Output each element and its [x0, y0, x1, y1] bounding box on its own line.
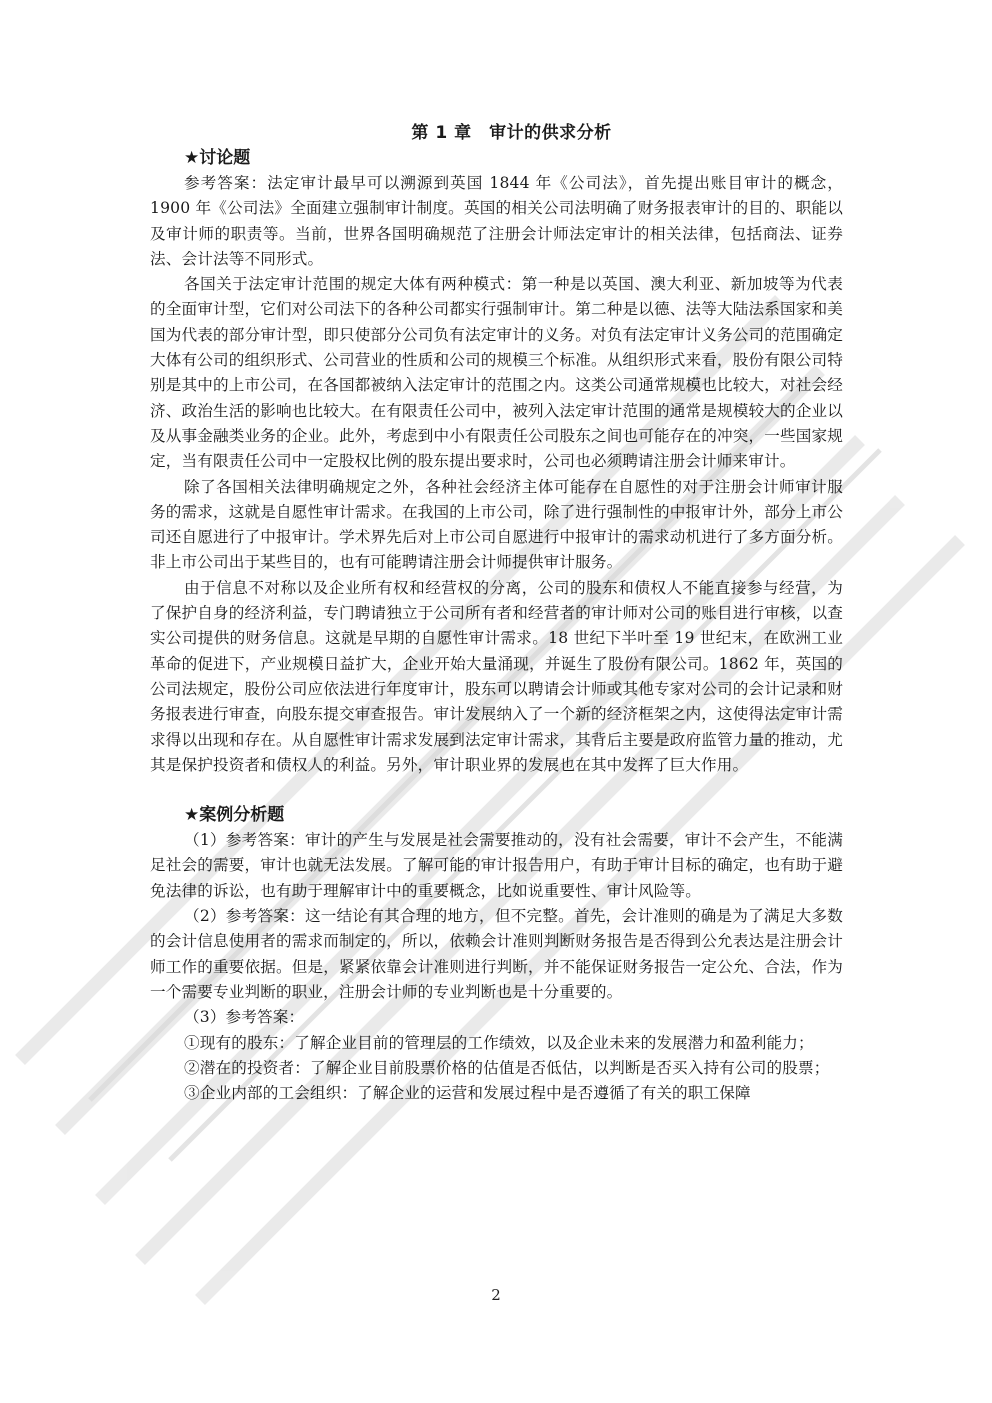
paragraph: （2）参考答案：这一结论有其合理的地方，但不完整。首先，会计准则的确是为了满足大… — [150, 904, 843, 1005]
section-spacer — [150, 778, 843, 803]
chapter-title: 第 1 章 审计的供求分析 — [150, 120, 843, 146]
section-heading-discussion: ★讨论题 — [150, 146, 843, 171]
list-item: ②潜在的投资者：了解企业目前股票价格的估值是否低估，以判断是否买入持有公司的股票… — [150, 1056, 843, 1081]
paragraph: 除了各国相关法律明确规定之外，各种社会经济主体可能存在自愿性的对于注册会计师审计… — [150, 475, 843, 576]
paragraph: （3）参考答案： — [150, 1005, 843, 1030]
paragraph: 各国关于法定审计范围的规定大体有两种模式：第一种是以英国、澳大利亚、新加坡等为代… — [150, 272, 843, 474]
page-number: 2 — [0, 1286, 992, 1304]
paragraph: 参考答案：法定审计最早可以溯源到英国 1844 年《公司法》，首先提出账目审计的… — [150, 171, 843, 272]
paragraph: 由于信息不对称以及企业所有权和经营权的分离，公司的股东和债权人不能直接参与经营，… — [150, 576, 843, 778]
list-item: ③企业内部的工会组织：了解企业的运营和发展过程中是否遵循了有关的职工保障 — [150, 1081, 843, 1106]
document-page: 第 1 章 审计的供求分析 ★讨论题 参考答案：法定审计最早可以溯源到英国 18… — [150, 120, 843, 1106]
paragraph: （1）参考答案：审计的产生与发展是社会需要推动的，没有社会需要，审计不会产生，不… — [150, 828, 843, 904]
section-heading-case-analysis: ★案例分析题 — [150, 803, 843, 828]
list-item: ①现有的股东：了解企业目前的管理层的工作绩效，以及企业未来的发展潜力和盈利能力； — [150, 1031, 843, 1056]
